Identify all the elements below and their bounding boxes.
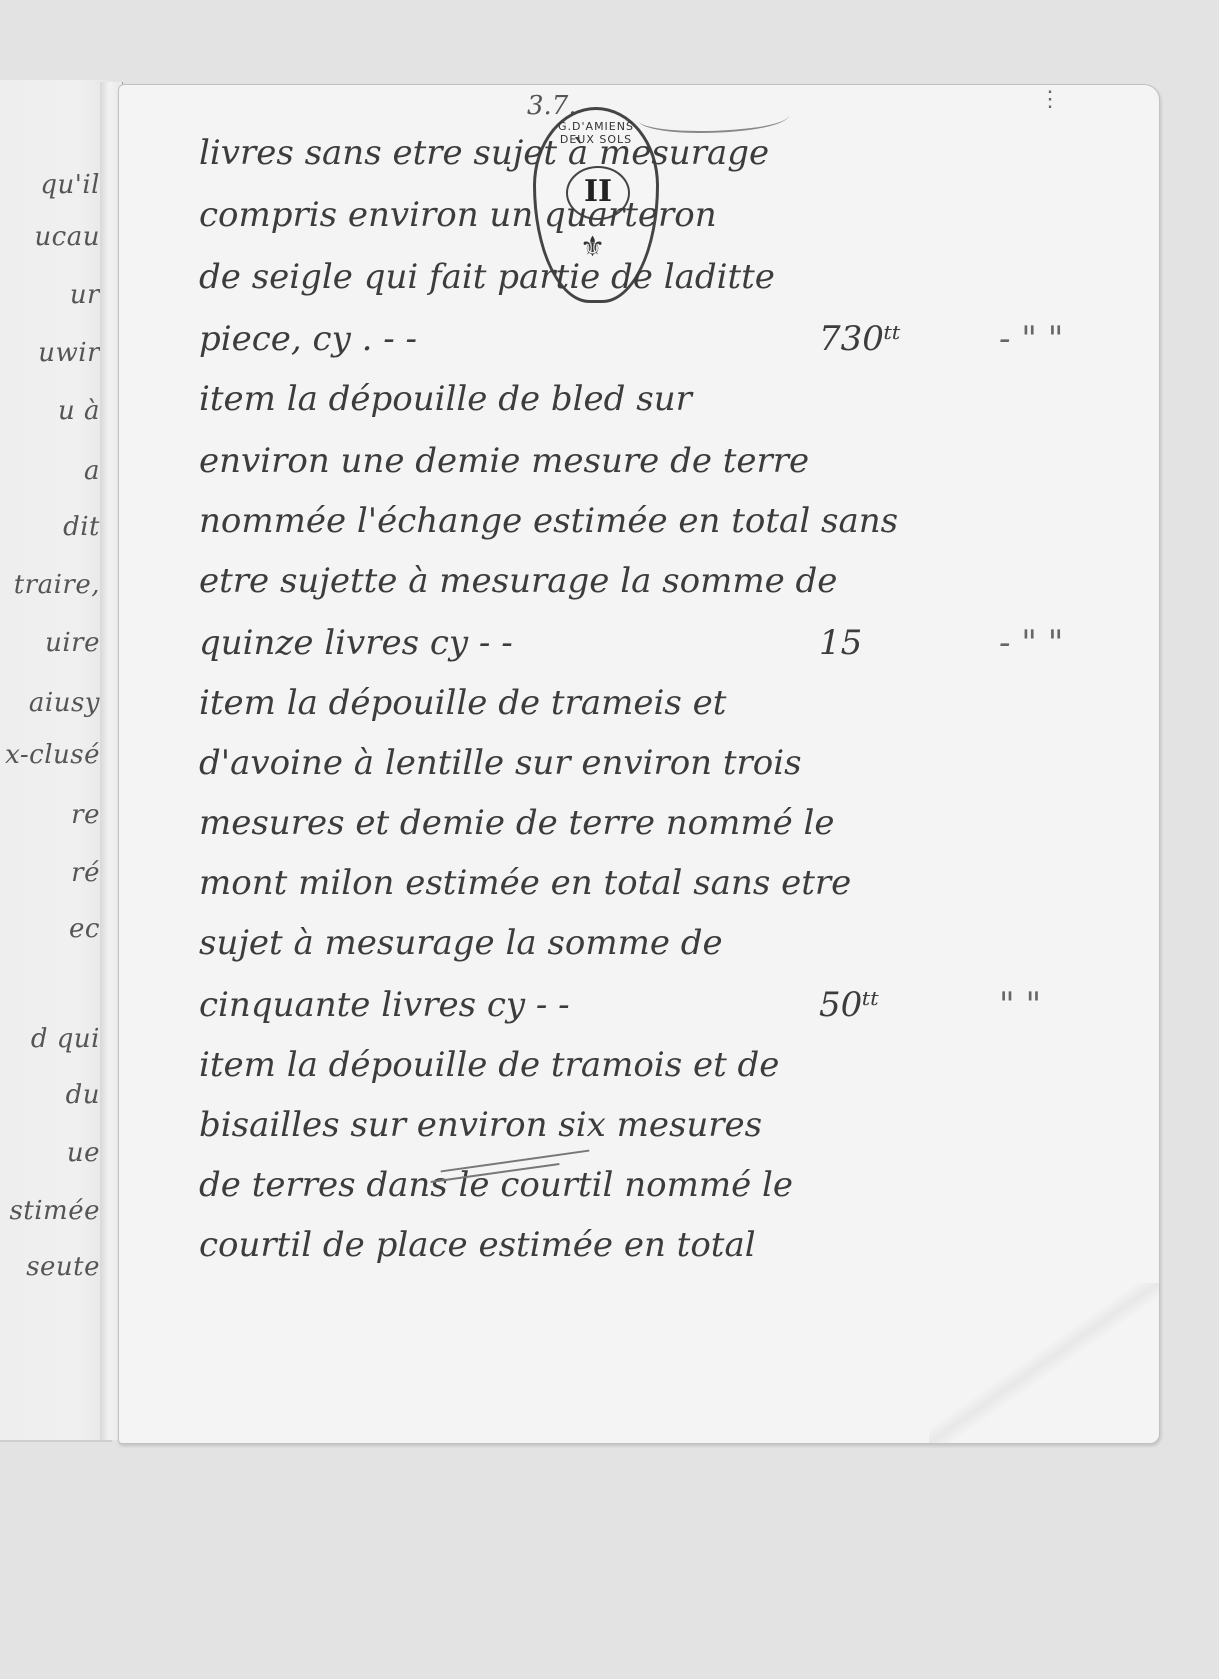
left-fragment: ucau xyxy=(0,222,100,252)
amount: 15 xyxy=(819,623,862,663)
text-line: etre sujette à mesurage la somme de xyxy=(199,561,1119,619)
text-line: cinquante livres cy - - 50ᵗᵗ " " xyxy=(199,985,1119,1043)
text-line: bisailles sur environ six mesures xyxy=(199,1105,1119,1163)
text-line: item la dépouille de tramois et de xyxy=(199,1045,1119,1103)
left-fragment: uire xyxy=(0,628,100,658)
text-line: piece, cy . - - 730ᵗᵗ - " " xyxy=(199,319,1119,377)
left-fragment: qu'il xyxy=(0,170,100,200)
left-fragment: d qui xyxy=(0,1024,100,1054)
text-line: sujet à mesurage la somme de xyxy=(199,923,1119,981)
left-fragment: a xyxy=(0,456,100,486)
left-fragment: du xyxy=(0,1080,100,1110)
text-line: mesures et demie de terre nommé le xyxy=(199,803,1119,861)
text-line: courtil de place estimée en total xyxy=(199,1225,1119,1283)
left-fragment: u à xyxy=(0,396,100,426)
ditto-marks: - " " xyxy=(999,623,1063,663)
amount: 730ᵗᵗ xyxy=(819,319,901,359)
left-fragment: traire, xyxy=(0,570,100,600)
text-line: environ une demie mesure de terre xyxy=(199,441,1119,499)
ink-dot: ⋮ xyxy=(1039,87,1061,112)
folio-flourish xyxy=(639,103,789,133)
left-fragment: aiusy xyxy=(0,688,100,718)
text-line: livres sans etre sujet à mesurage xyxy=(199,133,1119,191)
text-line: item la dépouille de bled sur xyxy=(199,379,1119,437)
left-fragment: seute xyxy=(0,1252,100,1282)
left-fragment: x-clusé xyxy=(0,740,100,770)
left-fragment: dit xyxy=(0,512,100,542)
left-fragment: ré xyxy=(0,858,100,888)
ditto-marks: " " xyxy=(999,985,1041,1025)
left-fragment: ue xyxy=(0,1138,100,1168)
left-fragment: ec xyxy=(0,914,100,944)
text-line: quinze livres cy - - 15 - " " xyxy=(199,623,1119,681)
text-line: mont milon estimée en total sans etre xyxy=(199,863,1119,921)
left-fragment: re xyxy=(0,800,100,830)
text-line: compris environ un quarteron xyxy=(199,195,1119,253)
text-line: d'avoine à lentille sur environ trois xyxy=(199,743,1119,801)
text-line: de terres dans le courtil nommé le xyxy=(199,1165,1119,1223)
text-line: item la dépouille de trameis et xyxy=(199,683,1119,741)
text-line: de seigle qui fait partie de laditte xyxy=(199,257,1119,315)
main-page: 3.7. ⋮ G.D'AMIENS DEUX SOLS II ⚜ livres … xyxy=(118,84,1160,1444)
left-fragment: stimée xyxy=(0,1196,100,1226)
left-page-strip: qu'il ucau ur uwir u à a dit traire, uir… xyxy=(0,80,112,1442)
scanned-manuscript: qu'il ucau ur uwir u à a dit traire, uir… xyxy=(0,0,1219,1679)
left-page-fragments: qu'il ucau ur uwir u à a dit traire, uir… xyxy=(0,80,112,1440)
text-line: nommée l'échange estimée en total sans xyxy=(199,501,1119,559)
amount: 50ᵗᵗ xyxy=(819,985,879,1025)
ditto-marks: - " " xyxy=(999,319,1063,359)
left-fragment: uwir xyxy=(0,338,100,368)
left-fragment: ur xyxy=(0,280,100,310)
